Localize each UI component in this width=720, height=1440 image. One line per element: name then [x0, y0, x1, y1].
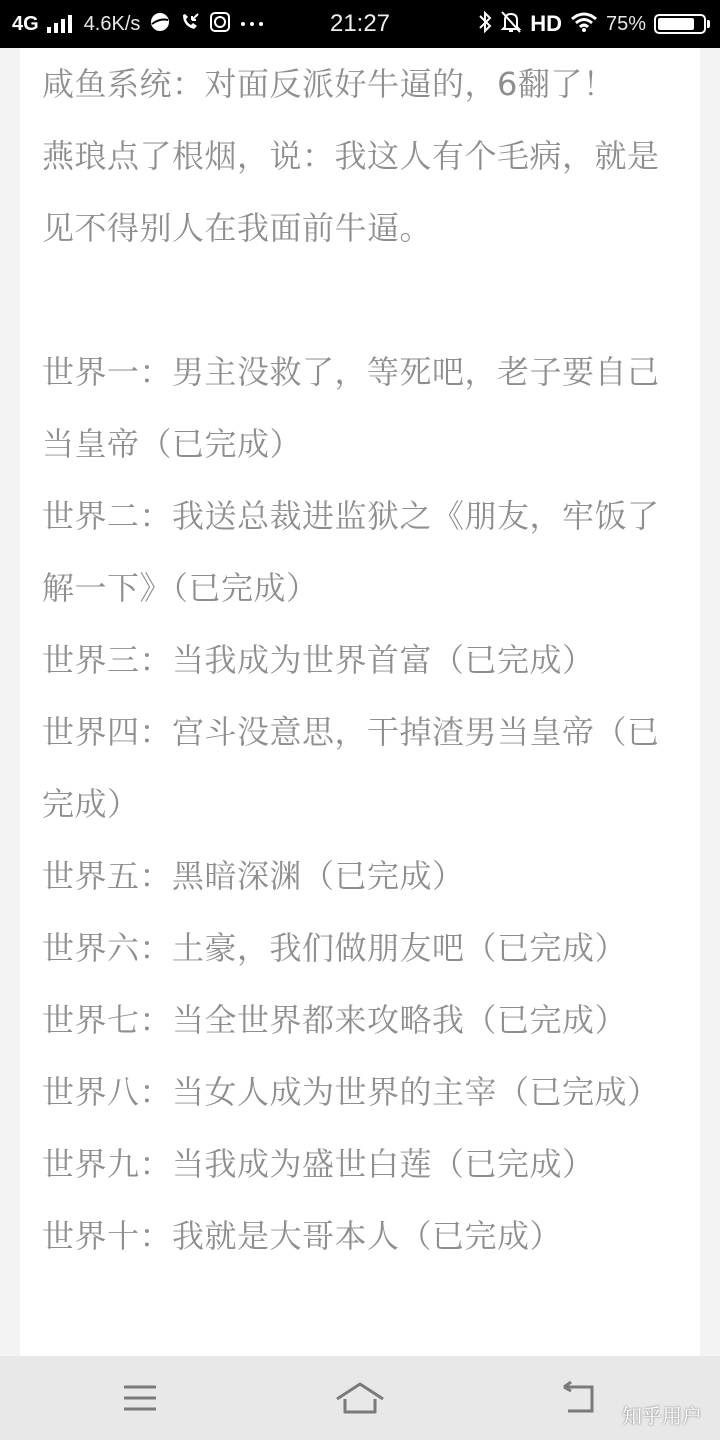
world-item: 世界四：宫斗没意思，干掉渣男当皇帝（已完成）	[42, 696, 682, 840]
world-item: 世界五：黑暗深渊（已完成）	[42, 840, 682, 912]
back-button[interactable]	[550, 1376, 610, 1420]
navigation-bar: 知乎用户	[0, 1356, 720, 1440]
menu-icon	[122, 1383, 158, 1413]
menu-button[interactable]	[110, 1376, 170, 1420]
network-type: 4G	[12, 13, 39, 36]
world-item: 世界三：当我成为世界首富（已完成）	[42, 624, 682, 696]
world-item: 世界二：我送总裁进监狱之《朋友，牢饭了解一下》（已完成）	[42, 480, 682, 624]
status-bar-left: 4G 4.6K/s	[12, 0, 264, 48]
hd-voice-indicator: HD	[530, 11, 562, 37]
wifi-icon	[570, 11, 598, 38]
signal-icon	[47, 15, 72, 33]
blank-line	[42, 264, 682, 336]
network-speed: 4.6K/s	[84, 13, 141, 36]
watermark: 知乎用户	[622, 1400, 702, 1429]
status-bar: 4G 4.6K/s 21:27 HD 75%	[0, 0, 720, 48]
world-item: 世界十：我就是大哥本人（已完成）	[42, 1200, 682, 1272]
browser-icon	[150, 12, 170, 37]
camera-app-icon	[210, 12, 230, 37]
world-item: 世界九：当我成为盛世白莲（已完成）	[42, 1128, 682, 1200]
paragraph: 燕琅点了根烟，说：我这人有个毛病，就是见不得别人在我面前牛逼。	[42, 120, 682, 264]
status-bar-right: HD 75%	[478, 0, 706, 48]
missed-call-icon	[180, 12, 200, 37]
world-item: 世界七：当全世界都来攻略我（已完成）	[42, 984, 682, 1056]
article-body: 咸鱼系统：对面反派好牛逼的，6翻了！ 燕琅点了根烟，说：我这人有个毛病，就是见不…	[42, 48, 682, 1272]
world-item: 世界一：男主没救了，等死吧，老子要自己当皇帝（已完成）	[42, 336, 682, 480]
mute-bell-icon	[500, 10, 522, 39]
more-dots-icon	[240, 12, 264, 37]
battery-percent: 75%	[606, 13, 646, 36]
battery-icon	[654, 14, 706, 34]
paragraph: 咸鱼系统：对面反派好牛逼的，6翻了！	[42, 48, 682, 120]
back-icon	[560, 1381, 600, 1415]
home-icon	[335, 1381, 385, 1415]
bluetooth-icon	[478, 10, 492, 39]
world-item: 世界六：土豪，我们做朋友吧（已完成）	[42, 912, 682, 984]
home-button[interactable]	[330, 1376, 390, 1420]
article-card: 咸鱼系统：对面反派好牛逼的，6翻了！ 燕琅点了根烟，说：我这人有个毛病，就是见不…	[20, 48, 700, 1356]
world-item: 世界八：当女人成为世界的主宰（已完成）	[42, 1056, 682, 1128]
